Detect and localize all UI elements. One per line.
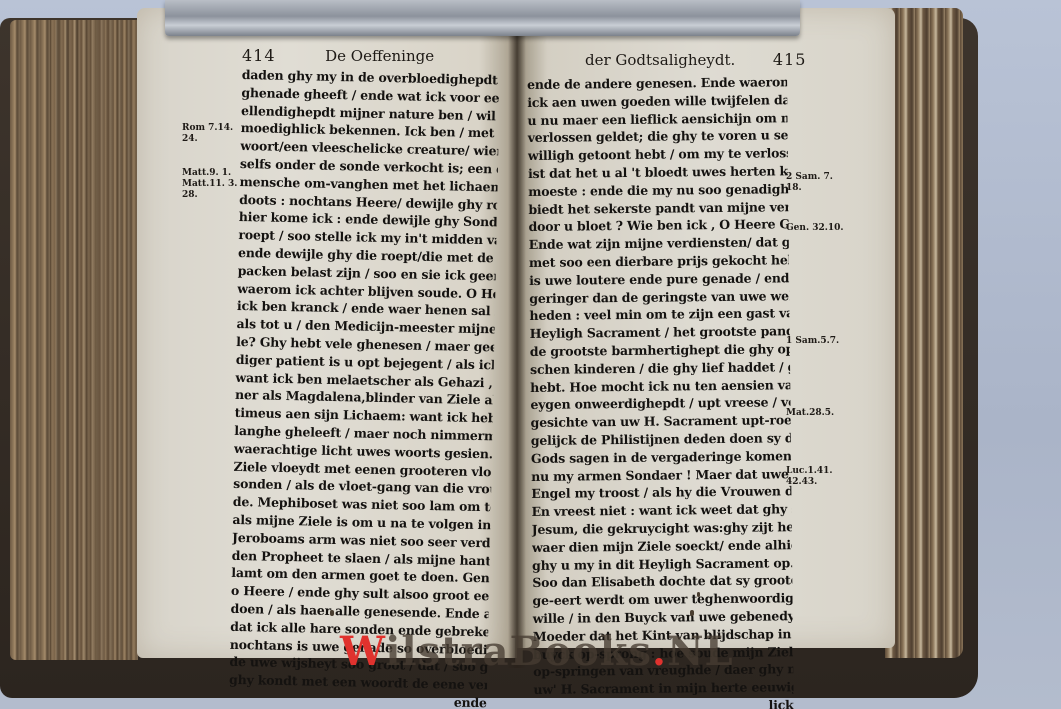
paper-speck <box>690 610 694 616</box>
paper-speck <box>697 592 700 597</box>
right-running-head: der Godtsaligheydt. 415 <box>585 50 806 69</box>
paper-speck <box>330 610 334 616</box>
left-page-number: 414 <box>242 46 276 65</box>
margin-note: Mat.28.5. <box>786 408 834 419</box>
margin-note: 2 Sam. 7. 18. <box>786 172 833 194</box>
text-line: schen kinderen / die ghy lief haddet / g… <box>530 358 790 379</box>
text-line: waer dien mijn Ziele soeckt/ ende alhier… <box>532 536 792 557</box>
page-edges-right <box>885 8 963 658</box>
page-edges-left <box>10 20 138 660</box>
open-book: 414 De Oeffeninge der Godtsaligheydt. 41… <box>0 8 980 703</box>
right-page-number: 415 <box>773 50 807 69</box>
watermark-dot: . <box>652 628 667 675</box>
margin-note: 1 Sam.5.7. <box>786 336 839 347</box>
text-line: gelijck de Philistijnen deden doen sy de… <box>531 429 791 450</box>
right-page-text: ende de andere genesen. Ende waerom soud… <box>527 73 794 709</box>
text-line: uw' H. Sacrament in mijn herte eeuwigh- <box>533 678 793 699</box>
watermark-name: ilstraBooks <box>385 628 652 675</box>
margin-note: Rom 7.14. 24. <box>182 123 233 145</box>
watermark: WilstraBooks.NL <box>340 628 734 675</box>
watermark-suffix: NL <box>667 628 734 675</box>
right-head-title: der Godtsaligheydt. <box>585 51 735 69</box>
text-line: Jesum, die gekruycight was:ghy zijt het … <box>532 518 792 539</box>
text-line: ick aen uwen goeden wille twijfelen daer… <box>527 91 787 112</box>
margin-note: Gen. 32.10. <box>786 223 844 234</box>
watermark-initial: W <box>340 628 385 675</box>
book-gutter <box>508 8 526 668</box>
text-line: Gods sagen in de vergaderinge komen! Wee <box>531 447 791 468</box>
left-running-head: 414 De Oeffeninge <box>242 46 434 65</box>
text-line: is uwe loutere ende pure genade / ende i… <box>529 269 789 290</box>
left-page-text: daden ghy my in de overbloedighepdt uwer… <box>229 66 500 709</box>
left-head-title: De Oeffeninge <box>325 47 434 65</box>
text-line: moeste : ende die my nu soo genadighlick… <box>528 180 788 201</box>
metal-clip <box>165 0 800 36</box>
margin-note: Matt.9. 1. Matt.11. 3. 28. <box>182 168 237 201</box>
margin-note: Luc.1.41. 42.43. <box>786 466 833 488</box>
text-line: wille / in den Buyck van uwe gebenedyde <box>533 607 793 628</box>
